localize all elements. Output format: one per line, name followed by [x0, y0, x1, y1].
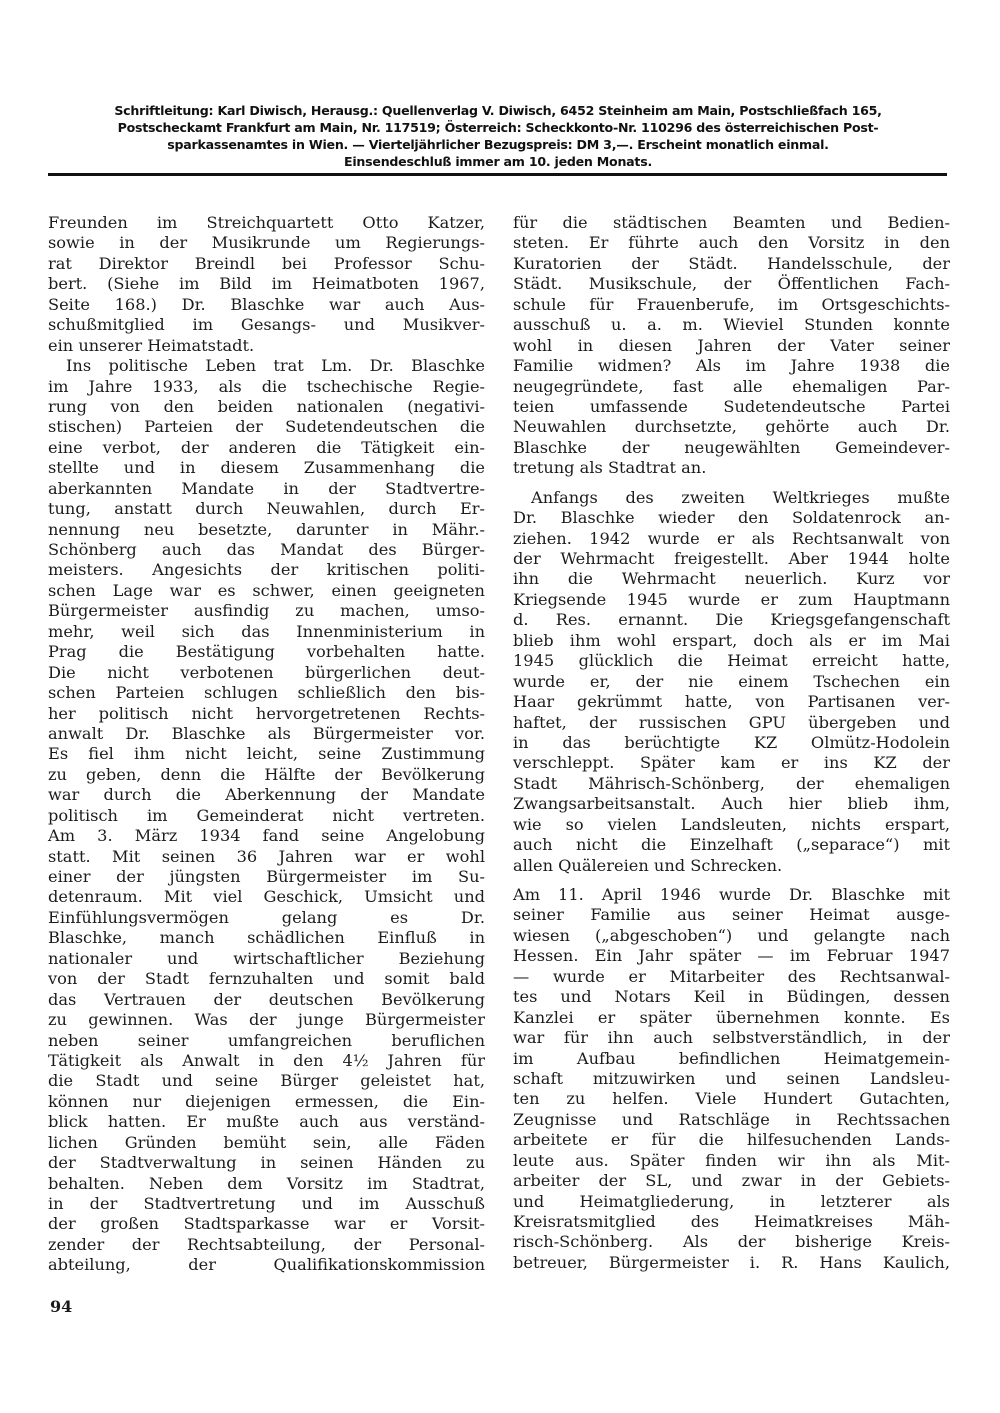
text-line: meisters. Angesichts der kritischen poli… — [48, 560, 485, 580]
text-line: von der Stadt fernzuhalten und somit bal… — [48, 969, 485, 989]
text-line: blieb ihm wohl erspart, doch als er im M… — [513, 631, 950, 651]
left-text-column: Freunden im Streichquartett Otto Katzer,… — [48, 213, 485, 1276]
text-line: abteilung, der Qualifikationskommission — [48, 1255, 485, 1275]
text-line: für die städtischen Beamten und Bedien- — [513, 213, 950, 233]
paragraph-gap — [513, 876, 950, 885]
text-line: — wurde er Mitarbeiter des Rechtsanwal- — [513, 967, 950, 987]
text-line: verschleppt. Später kam er ins KZ der — [513, 753, 950, 773]
paragraph-gap — [513, 479, 950, 488]
text-line: Zeugnisse und Ratschläge in Rechtssachen — [513, 1110, 950, 1130]
text-line: in das berüchtigte KZ Olmütz-Hodolein — [513, 733, 950, 753]
text-line: tretung als Stadtrat an. — [513, 458, 950, 478]
text-line: Einfühlungsvermögen gelang es Dr. — [48, 908, 485, 928]
text-line: aberkannten Mandate in der Stadtvertre- — [48, 479, 485, 499]
text-line: Kanzlei er später übernehmen konnte. Es — [513, 1008, 950, 1028]
text-line: steten. Er führte auch den Vorsitz in de… — [513, 233, 950, 253]
text-line: her politisch nicht hervorgetretenen Rec… — [48, 704, 485, 724]
text-line: das Vertrauen der deutschen Bevölkerung — [48, 990, 485, 1010]
text-line: seiner Familie aus seiner Heimat ausge- — [513, 905, 950, 925]
text-line: nennung neu besetzte, darunter in Mähr.- — [48, 520, 485, 540]
imprint-line: Schriftleitung: Karl Diwisch, Herausg.: … — [48, 102, 948, 119]
text-line: und Heimatgliederung, in letzterer als — [513, 1192, 950, 1212]
text-line: einer der jüngsten Bürgermeister im Su- — [48, 867, 485, 887]
text-line: die Stadt und seine Bürger geleistet hat… — [48, 1071, 485, 1091]
text-line: Es fiel ihm nicht leicht, seine Zustimmu… — [48, 744, 485, 764]
text-line: der Stadtverwaltung in seinen Händen zu — [48, 1153, 485, 1173]
text-line: eine verbot, der anderen die Tätigkeit e… — [48, 438, 485, 458]
text-line: ihn die Wehrmacht neuerlich. Kurz vor — [513, 569, 950, 589]
text-line: Die nicht verbotenen bürgerlichen deut- — [48, 663, 485, 683]
imprint-line: sparkassenamtes in Wien. — Vierteljährli… — [48, 136, 948, 153]
text-line: wiesen („abgeschoben“) und gelangte nach — [513, 926, 950, 946]
text-line: Stadt Mährisch-Schönberg, der ehemaligen — [513, 774, 950, 794]
text-line: Bürgermeister ausfindig zu machen, umso- — [48, 601, 485, 621]
text-line: schen Parteien schlugen schließlich den … — [48, 683, 485, 703]
text-line: zu gewinnen. Was der junge Bürgermeister — [48, 1010, 485, 1030]
text-line: Zwangsarbeitsanstalt. Auch hier blieb ih… — [513, 794, 950, 814]
right-text-column: für die städtischen Beamten und Bedien- … — [513, 213, 950, 1273]
text-line: war für ihn auch selbstverständlich, in … — [513, 1028, 950, 1048]
text-line: rung von den beiden nationalen (negativi… — [48, 397, 485, 417]
text-line: Blaschke der neugewählten Gemeindever- — [513, 438, 950, 458]
text-line: anwalt Dr. Blaschke als Bürgermeister vo… — [48, 724, 485, 744]
text-line: haftet, der russischen GPU übergeben und — [513, 713, 950, 733]
text-line: im Jahre 1933, als die tschechische Regi… — [48, 377, 485, 397]
text-line: Am 3. März 1934 fand seine Angelobung — [48, 826, 485, 846]
text-line: Anfangs des zweiten Weltkrieges mußte — [513, 488, 950, 508]
text-line: tung, anstatt durch Neuwahlen, durch Er- — [48, 499, 485, 519]
text-line: detenraum. Mit viel Geschick, Umsicht un… — [48, 887, 485, 907]
text-line: allen Quälereien und Schrecken. — [513, 856, 950, 876]
text-line: in der Stadtvertretung und im Ausschuß — [48, 1194, 485, 1214]
text-line: Prag die Bestätigung vorbehalten hatte. — [48, 642, 485, 662]
text-line: nationaler und wirtschaftlicher Beziehun… — [48, 949, 485, 969]
text-line: ausschuß u. a. m. Wieviel Stunden konnte — [513, 315, 950, 335]
text-line: Haar gekrümmt hatte, von Partisanen ver- — [513, 692, 950, 712]
text-line: wohl in diesen Jahren der Vater seiner — [513, 336, 950, 356]
text-line: schule für Frauenberufe, im Ortsgeschich… — [513, 295, 950, 315]
text-line: politisch im Gemeinderat nicht vertreten… — [48, 806, 485, 826]
text-line: Kriegsende 1945 wurde er zum Hauptmann — [513, 590, 950, 610]
text-line: rat Direktor Breindl bei Professor Schu- — [48, 254, 485, 274]
text-line: ziehen. 1942 wurde er als Rechtsanwalt v… — [513, 529, 950, 549]
text-line: Seite 168.) Dr. Blaschke war auch Aus- — [48, 295, 485, 315]
text-line: neben seiner umfangreichen beruflichen — [48, 1031, 485, 1051]
text-line: schaft mitzuwirken und seinen Landsleu- — [513, 1069, 950, 1089]
text-line: betreuer, Bürgermeister i. R. Hans Kauli… — [513, 1253, 950, 1273]
text-line: Freunden im Streichquartett Otto Katzer, — [48, 213, 485, 233]
text-line: Neuwahlen durchsetzte, gehörte auch Dr. — [513, 417, 950, 437]
text-line: d. Res. ernannt. Die Kriegsgefangenschaf… — [513, 610, 950, 630]
text-line: risch-Schönberg. Als der bisherige Kreis… — [513, 1232, 950, 1252]
text-line: neugegründete, fast alle ehemaligen Par- — [513, 377, 950, 397]
text-line: arbeiter der SL, und zwar in der Gebiets… — [513, 1171, 950, 1191]
imprint-line: Einsendeschluß immer am 10. jeden Monats… — [48, 153, 948, 170]
imprint-line: Postscheckamt Frankfurt am Main, Nr. 117… — [48, 119, 948, 136]
text-line: Kuratorien der Städt. Handelsschule, der — [513, 254, 950, 274]
text-line: zender der Rechtsabteilung, der Personal… — [48, 1235, 485, 1255]
header-rule-divider — [48, 173, 947, 176]
text-line: war durch die Aberkennung der Mandate — [48, 785, 485, 805]
text-line: Hessen. Ein Jahr später — im Februar 194… — [513, 946, 950, 966]
page-number: 94 — [50, 1297, 72, 1316]
text-line: der Wehrmacht freigestellt. Aber 1944 ho… — [513, 549, 950, 569]
text-line: wurde er, der nie einem Tschechen ein — [513, 672, 950, 692]
text-line: Kreisratsmitglied des Heimatkreises Mäh- — [513, 1212, 950, 1232]
text-line: statt. Mit seinen 36 Jahren war er wohl — [48, 847, 485, 867]
text-line: können nur diejenigen ermessen, die Ein- — [48, 1092, 485, 1112]
text-line: mehr, weil sich das Innenministerium in — [48, 622, 485, 642]
text-line: sowie in der Musikrunde um Regierungs- — [48, 233, 485, 253]
text-line: im Aufbau befindlichen Heimatgemein- — [513, 1049, 950, 1069]
text-line: ten zu helfen. Viele Hundert Gutachten, — [513, 1089, 950, 1109]
text-line: wie so vielen Landsleuten, nichts erspar… — [513, 815, 950, 835]
text-line: Städt. Musikschule, der Öffentlichen Fac… — [513, 274, 950, 294]
text-line: Schönberg auch das Mandat des Bürger- — [48, 540, 485, 560]
text-line: stischen) Parteien der Sudetendeutschen … — [48, 417, 485, 437]
text-line: arbeitete er für die hilfesuchenden Land… — [513, 1130, 950, 1150]
text-line: behalten. Neben dem Vorsitz im Stadtrat, — [48, 1174, 485, 1194]
text-line: der großen Stadtsparkasse war er Vorsit- — [48, 1214, 485, 1234]
text-line: zu geben, denn die Hälfte der Bevölkerun… — [48, 765, 485, 785]
text-line: schußmitglied im Gesangs- und Musikver- — [48, 315, 485, 335]
masthead-imprint: Schriftleitung: Karl Diwisch, Herausg.: … — [48, 102, 948, 170]
text-line: stellte und in diesem Zusammenhang die — [48, 458, 485, 478]
text-line: auch nicht die Einzelhaft („separace“) m… — [513, 835, 950, 855]
text-line: Familie widmen? Als im Jahre 1938 die — [513, 356, 950, 376]
text-line: blick hatten. Er mußte auch aus verständ… — [48, 1112, 485, 1132]
text-line: Blaschke, manch schädlichen Einfluß in — [48, 928, 485, 948]
text-line: schen Lage war es schwer, einen geeignet… — [48, 581, 485, 601]
text-line: 1945 glücklich die Heimat erreicht hatte… — [513, 651, 950, 671]
text-line: Ins politische Leben trat Lm. Dr. Blasch… — [48, 356, 485, 376]
text-line: Dr. Blaschke wieder den Soldatenrock an- — [513, 508, 950, 528]
text-line: Tätigkeit als Anwalt in den 4½ Jahren fü… — [48, 1051, 485, 1071]
text-line: Am 11. April 1946 wurde Dr. Blaschke mit — [513, 885, 950, 905]
text-line: tes und Notars Keil in Büdingen, dessen — [513, 987, 950, 1007]
text-line: teien umfassende Sudetendeutsche Partei — [513, 397, 950, 417]
text-line: lichen Gründen bemüht sein, alle Fäden — [48, 1133, 485, 1153]
text-line: leute aus. Später finden wir ihn als Mit… — [513, 1151, 950, 1171]
text-line: bert. (Siehe im Bild im Heimatboten 1967… — [48, 274, 485, 294]
text-line: ein unserer Heimatstadt. — [48, 336, 485, 356]
